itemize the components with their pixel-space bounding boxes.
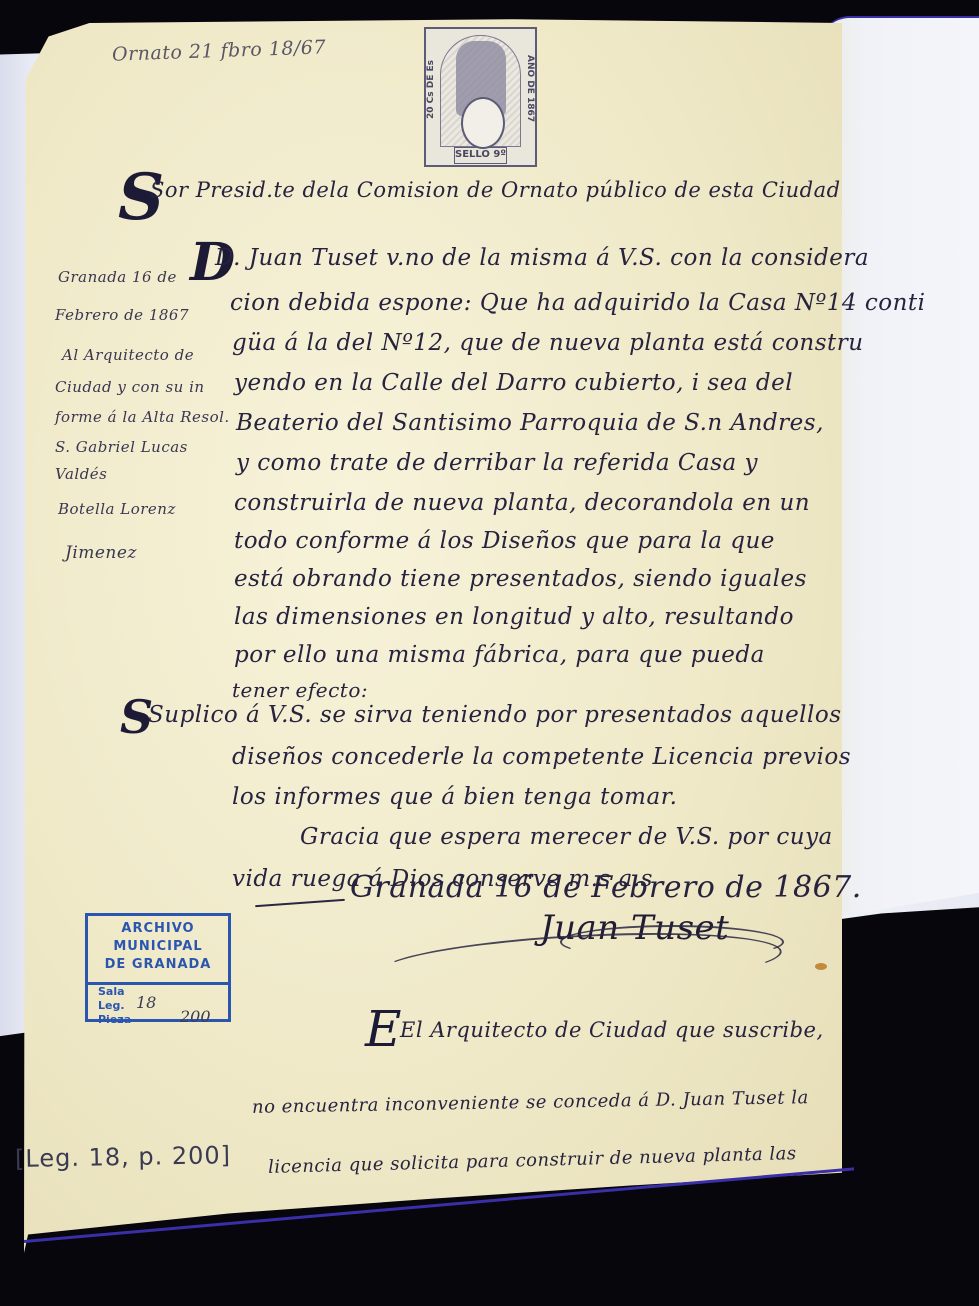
closing-line: Gracia que espera merecer de V.S. por cu… (300, 824, 833, 850)
margin-note: forme á la Alta Resol. (55, 408, 230, 426)
body-line: D. Juan Tuset v.no de la misma á V.S. co… (215, 245, 869, 271)
archive-field-pieza: Pieza 200 (88, 1013, 228, 1027)
fiscal-stamp: 20 Cs DE Es AÑO DE 1867 SELLO 9º (424, 27, 537, 167)
body-line: construirla de nueva planta, decorandola… (234, 490, 810, 516)
body-line: tener efecto: (232, 678, 368, 702)
body-line: cion debida espone: Que ha adquirido la … (230, 290, 926, 316)
body-line: y como trate de derribar la referida Cas… (236, 450, 758, 476)
margin-note: Febrero de 1867 (55, 306, 189, 324)
body-line: está obrando tiene presentados, siendo i… (234, 566, 807, 592)
body-line: yendo en la Calle del Darro cubierto, i … (234, 370, 793, 396)
stamp-value-text: 20 Cs DE Es (426, 29, 440, 149)
body-line: Beaterio del Santisimo Parroquia de S.n … (236, 410, 824, 436)
archive-field-label: Pieza (98, 1013, 131, 1026)
ink-stain (815, 963, 827, 970)
margin-note: Ciudad y con su in (55, 378, 205, 396)
place-date: Granada 16 de Febrero de 1867. (350, 870, 862, 905)
body-line: güa á la del Nº12, que de nueva planta e… (232, 330, 864, 356)
decree-line: El Arquitecto de Ciudad que suscribe, (400, 1018, 824, 1042)
archive-field-value: 18 (136, 996, 156, 1010)
archive-stamp-line: DE GRANADA (88, 956, 228, 974)
margin-note: Valdés (55, 465, 107, 483)
supplication-line: Suplico á V.S. se sirva teniendo por pre… (148, 702, 842, 728)
archive-stamp: ARCHIVO MUNICIPAL DE GRANADA Sala Leg. 1… (85, 913, 231, 1022)
stamp-oval-icon (461, 97, 505, 149)
margin-note: Al Arquitecto de (62, 346, 194, 364)
body-line: por ello una misma fábrica, para que pue… (234, 642, 765, 668)
stamp-seal-label: SELLO 9º (454, 147, 507, 164)
pencil-reference: [Leg. 18, p. 200] (15, 1141, 231, 1173)
margin-note: Jimenez (65, 543, 137, 563)
archive-field-sala: Sala (88, 985, 228, 999)
decree-initial: E (365, 1000, 402, 1058)
signature-flourish-icon (560, 925, 784, 959)
supplication-line: los informes que á bien tenga tomar. (232, 784, 677, 810)
margin-note: Botella Lorenz (58, 500, 176, 518)
body-line: las dimensiones en longitud y alto, resu… (234, 604, 794, 630)
margin-note: S. Gabriel Lucas (55, 438, 188, 456)
archive-folder-right-page (820, 16, 979, 1298)
salutation: Sor Presid.te dela Comision de Ornato pú… (150, 178, 841, 202)
archive-field-label: Leg. (98, 999, 125, 1012)
archive-field-label: Sala (98, 985, 125, 998)
archive-field-value: 200 (180, 1010, 211, 1024)
archive-stamp-header: ARCHIVO MUNICIPAL DE GRANADA (88, 916, 228, 985)
archive-stamp-line: ARCHIVO (88, 920, 228, 938)
stamp-year-text: AÑO DE 1867 (521, 29, 535, 149)
margin-note: Granada 16 de (58, 268, 177, 286)
archive-stamp-line: MUNICIPAL (88, 938, 228, 956)
body-line: todo conforme á los Diseños que para la … (234, 528, 775, 554)
supplication-line: diseños concederle la competente Licenci… (232, 744, 851, 770)
